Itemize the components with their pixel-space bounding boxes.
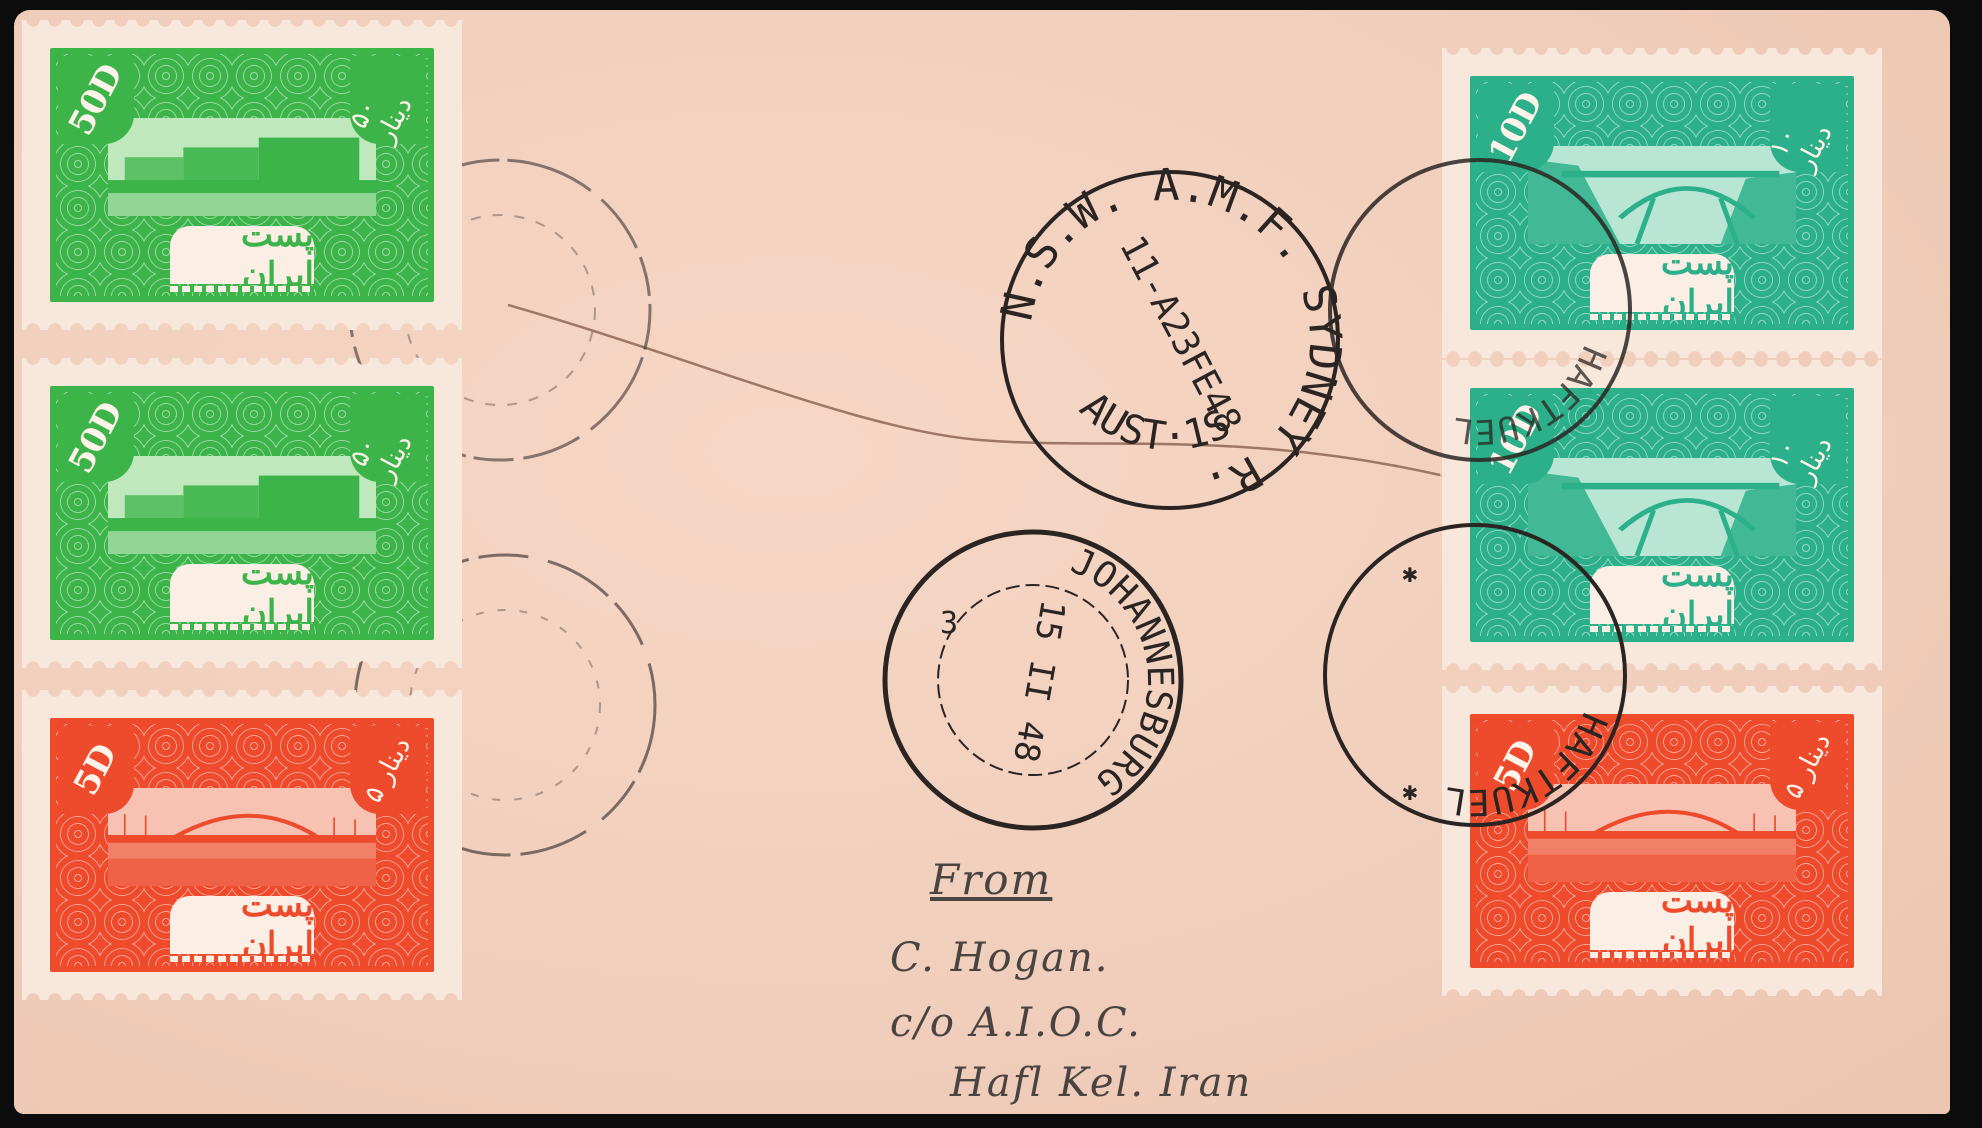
stamp-value-latin: 50D [58,56,134,144]
stamp-frame: 5D ۵ دینار پست ایران [50,718,434,972]
bridge-scene-icon [1528,458,1796,556]
stamp-right-2: 10D ۱۰ دینار پست ایران [1442,360,1882,670]
stamp-frame: 50D ۵۰ دینار پست ایران [50,386,434,640]
stamp-right-3: 5D ۵ دینار پست ایران [1442,686,1882,996]
stamp-vignette [1528,784,1796,882]
stamp-country-caption: پست ایران [170,896,314,954]
stamp-vignette [108,456,376,554]
stamp-value-latin: 10D [1478,84,1554,172]
stamp-value-persian: ۵۰ دینار [350,394,426,482]
stamp-country-caption: پست ایران [1590,566,1734,624]
stamp-vignette [108,788,376,886]
stamp-dash-bar [170,624,314,630]
stamp-value-persian: ۵ دینار [350,726,426,814]
return-address-line-2: c/o A.I.O.C. [890,1000,1142,1046]
stamp-country-caption: پست ایران [1590,892,1734,950]
stamp-dash-bar [1590,626,1734,632]
stamp-left-2: 50D ۵۰ دینار پست ایران [22,358,462,668]
stamp-left-3: 5D ۵ دینار پست ایران [22,690,462,1000]
stamp-dash-bar [1590,952,1734,958]
stamp-value-latin: 50D [58,394,134,482]
stamp-vignette [1528,458,1796,556]
bridge-scene-icon [1528,146,1796,244]
stamp-value-persian: ۱۰ دینار [1770,396,1846,484]
stamp-country-caption: پست ایران [1590,254,1734,312]
stamp-frame: 10D ۱۰ دینار پست ایران [1470,76,1854,330]
stamp-vignette [1528,146,1796,244]
stamp-dash-bar [1590,314,1734,320]
building-scene-icon [108,118,376,216]
stamp-right-1: 10D ۱۰ دینار پست ایران [1442,48,1882,358]
stamp-country-caption: پست ایران [170,226,314,284]
stamp-left-1: 50D ۵۰ دینار پست ایران [22,20,462,330]
stamp-frame: 5D ۵ دینار پست ایران [1470,714,1854,968]
stamp-vignette [108,118,376,216]
stamp-frame: 50D ۵۰ دینار پست ایران [50,48,434,302]
stamp-dash-bar [170,286,314,292]
stamp-frame: 10D ۱۰ دینار پست ایران [1470,388,1854,642]
building-scene-icon [108,456,376,554]
return-address-heading: From [930,855,1052,904]
stamp-value-latin: 5D [1478,722,1554,810]
stamp-country-caption: پست ایران [170,564,314,622]
return-address-line-3: Hafl Kel. Iran [950,1060,1252,1106]
arch-bridge-scene-icon [1528,784,1796,882]
stamp-value-persian: ۱۰ دینار [1770,84,1846,172]
stamp-value-persian: ۵ دینار [1770,722,1846,810]
arch-bridge-scene-icon [108,788,376,886]
stamp-value-latin: 10D [1478,396,1554,484]
stamp-dash-bar [170,956,314,962]
stamp-value-persian: ۵۰ دینار [350,56,426,144]
stamp-value-latin: 5D [58,726,134,814]
return-address-line-1: C. Hogan. [890,935,1110,981]
